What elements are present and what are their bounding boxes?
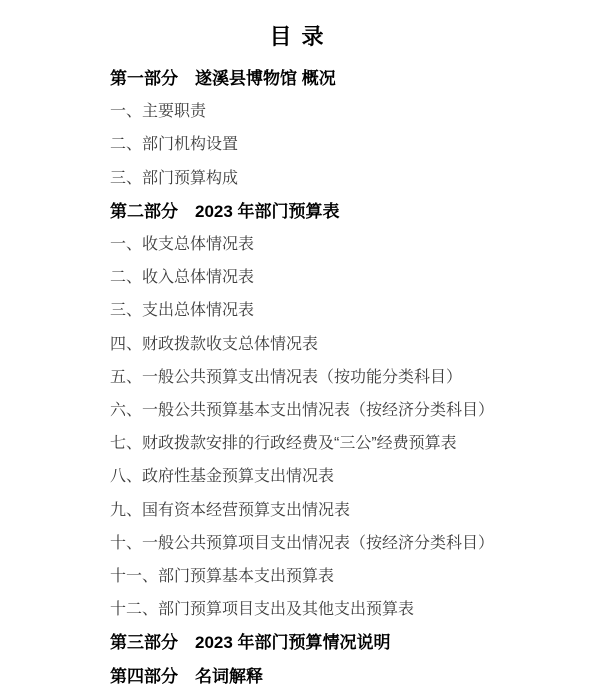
toc-entry-part-1: 第一部分 遂溪县博物馆 概况	[110, 62, 575, 95]
toc-entry: 二、部门机构设置	[110, 128, 575, 161]
toc-entry: 七、财政拨款安排的行政经费及“三公”经费预算表	[110, 427, 575, 460]
toc-entry: 九、国有资本经营预算支出情况表	[110, 494, 575, 527]
toc-entry: 五、一般公共预算支出情况表（按功能分类科目）	[110, 361, 575, 394]
toc-entry: 六、一般公共预算基本支出情况表（按经济分类科目）	[110, 394, 575, 427]
toc-entry-part-4: 第四部分 名词解释	[110, 660, 575, 689]
table-of-contents: 第一部分 遂溪县博物馆 概况 一、主要职责 二、部门机构设置 三、部门预算构成 …	[0, 62, 595, 689]
toc-entry-part-2: 第二部分 2023 年部门预算表	[110, 195, 575, 228]
toc-entry-part-3: 第三部分 2023 年部门预算情况说明	[110, 626, 575, 659]
toc-entry: 八、政府性基金预算支出情况表	[110, 460, 575, 493]
toc-entry: 一、收支总体情况表	[110, 228, 575, 261]
toc-entry: 四、财政拨款收支总体情况表	[110, 328, 575, 361]
document-page: 目 录 第一部分 遂溪县博物馆 概况 一、主要职责 二、部门机构设置 三、部门预…	[0, 0, 595, 689]
toc-entry: 十二、部门预算项目支出及其他支出预算表	[110, 593, 575, 626]
toc-entry: 三、支出总体情况表	[110, 294, 575, 327]
toc-entry: 十一、部门预算基本支出预算表	[110, 560, 575, 593]
toc-title: 目 录	[0, 0, 595, 48]
toc-entry: 一、主要职责	[110, 95, 575, 128]
toc-entry: 三、部门预算构成	[110, 162, 575, 195]
toc-entry: 二、收入总体情况表	[110, 261, 575, 294]
toc-entry: 十、一般公共预算项目支出情况表（按经济分类科目）	[110, 527, 575, 560]
